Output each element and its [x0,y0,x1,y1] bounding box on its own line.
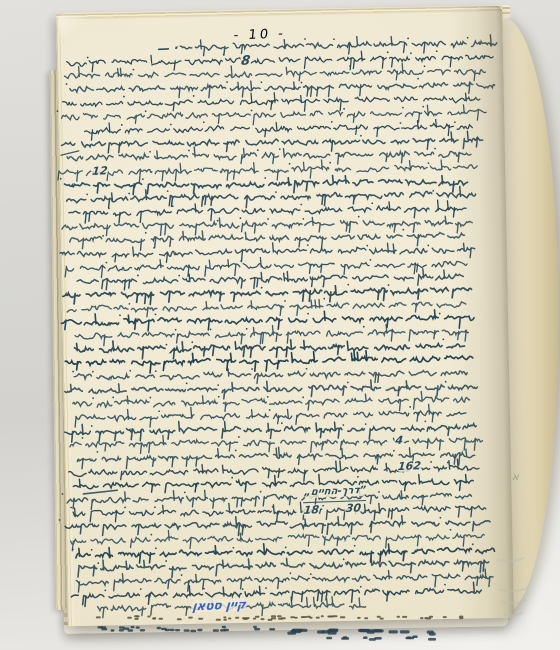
numeral-30: 30 [344,502,362,514]
book-title-derekh-hachayim: „דרך-החיים” [303,486,367,498]
photo-backdrop: - 10 - — ·8124162„דרך-החיים”1830קיין סטא… [0,0,560,650]
blue-ink-phrase: קיין סטאן [191,598,248,612]
numeral-8: 8 [239,54,251,67]
numeral-4: 4 [394,435,405,446]
gutter-shading [446,6,514,619]
numeral-162: 162 [396,460,422,472]
numeral-12: 12 [91,165,109,177]
numeral-18: 18 [302,504,320,516]
page-number: - 10 - [232,27,288,42]
legible-tokens-layer: - 10 - — ·8124162„דרך-החיים”1830קיין סטא… [56,6,514,626]
manuscript-page: - 10 - — ·8124162„דרך-החיים”1830קיין סטא… [56,6,514,626]
margin-mark: א [512,472,519,483]
line-end-dash: — · [156,42,180,55]
